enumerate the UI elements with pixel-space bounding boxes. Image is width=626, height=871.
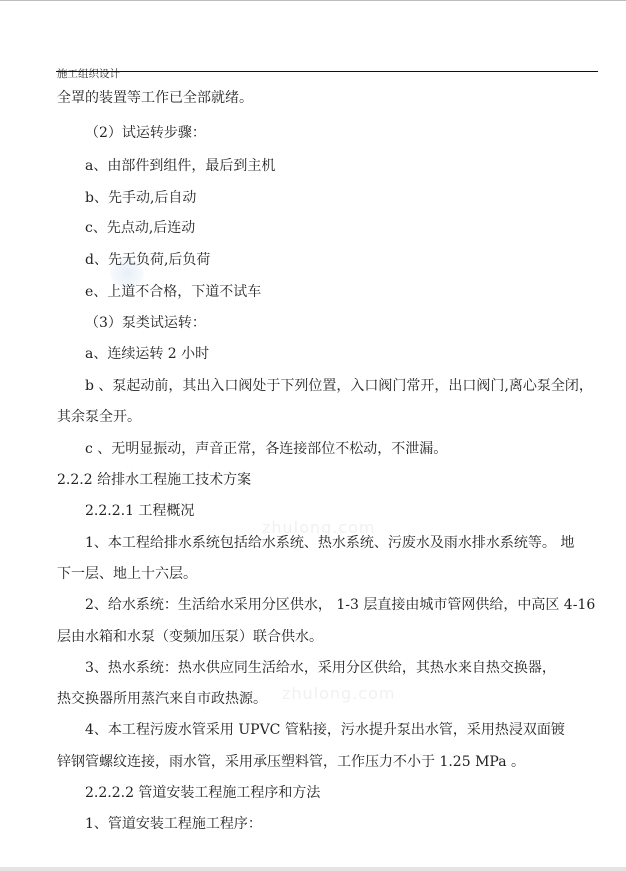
list-item: c 、无明显振动，声音正常，各连接部位不松动，不泄漏。 bbox=[85, 441, 447, 457]
paragraph-line: 4、本工程污废水管采用 UPVC 管粘接，污水提升泵出水管，采用热浸双面镀 bbox=[85, 722, 565, 738]
list-item: d、先无负荷,后负荷 bbox=[85, 252, 210, 268]
paragraph-line: 下一层、地上十六层。 bbox=[57, 566, 197, 582]
section-heading: （3）泵类试运转： bbox=[85, 315, 206, 331]
list-item: b、先手动,后自动 bbox=[85, 190, 196, 206]
section-heading: （2）试运转步骤： bbox=[85, 125, 206, 141]
subsection-heading: 2.2.2.2 管道安装工程施工程序和方法 bbox=[85, 785, 320, 801]
paragraph-line: 层由水箱和水泵（变频加压泵）联合供水。 bbox=[57, 629, 323, 645]
page-header-title: 施工组织设计 bbox=[57, 66, 120, 81]
watermark-text: zhulong.com bbox=[282, 684, 395, 703]
paragraph-line: 1、本工程给排水系统包括给水系统、热水系统、污废水及雨水排水系统等。 地 bbox=[85, 535, 574, 551]
list-item: a、由部件到组件，最后到主机 bbox=[85, 158, 275, 174]
paragraph-line: 其余泵全开。 bbox=[57, 409, 141, 425]
list-item: a、连续运转 2 小时 bbox=[85, 346, 209, 362]
section-heading: 2.2.2 给排水工程施工技术方案 bbox=[57, 472, 251, 488]
paragraph-line: 热交换器所用蒸汽来自市政热源。 bbox=[57, 691, 267, 707]
header-divider bbox=[56, 71, 598, 72]
list-item: c、先点动,后连动 bbox=[85, 220, 195, 236]
top-border bbox=[0, 0, 626, 1]
list-item: e、上道不合格，下道不试车 bbox=[85, 284, 261, 300]
paragraph-line: 锌钢管螺纹连接，雨水管，采用承压塑料管，工作压力不小于 1.25 MPa 。 bbox=[57, 754, 525, 770]
paragraph-line: 全罩的装置等工作已全部就绪。 bbox=[57, 90, 253, 106]
paragraph-line: 2、给水系统：生活给水采用分区供水， 1-3 层直接由城市管网供给，中高区 4-… bbox=[85, 597, 595, 613]
paragraph-line: 1、管道安装工程施工程序： bbox=[85, 816, 262, 832]
bottom-border bbox=[0, 867, 626, 871]
subsection-heading: 2.2.2.1 工程概况 bbox=[85, 503, 194, 519]
list-item: b 、泵起动前，其出入口阀处于下列位置，入口阀门常开，出口阀门,离心泵全闭， bbox=[85, 378, 593, 394]
paragraph-line: 3、热水系统：热水供应同生活给水，采用分区供给，其热水来自热交换器， bbox=[85, 660, 556, 676]
